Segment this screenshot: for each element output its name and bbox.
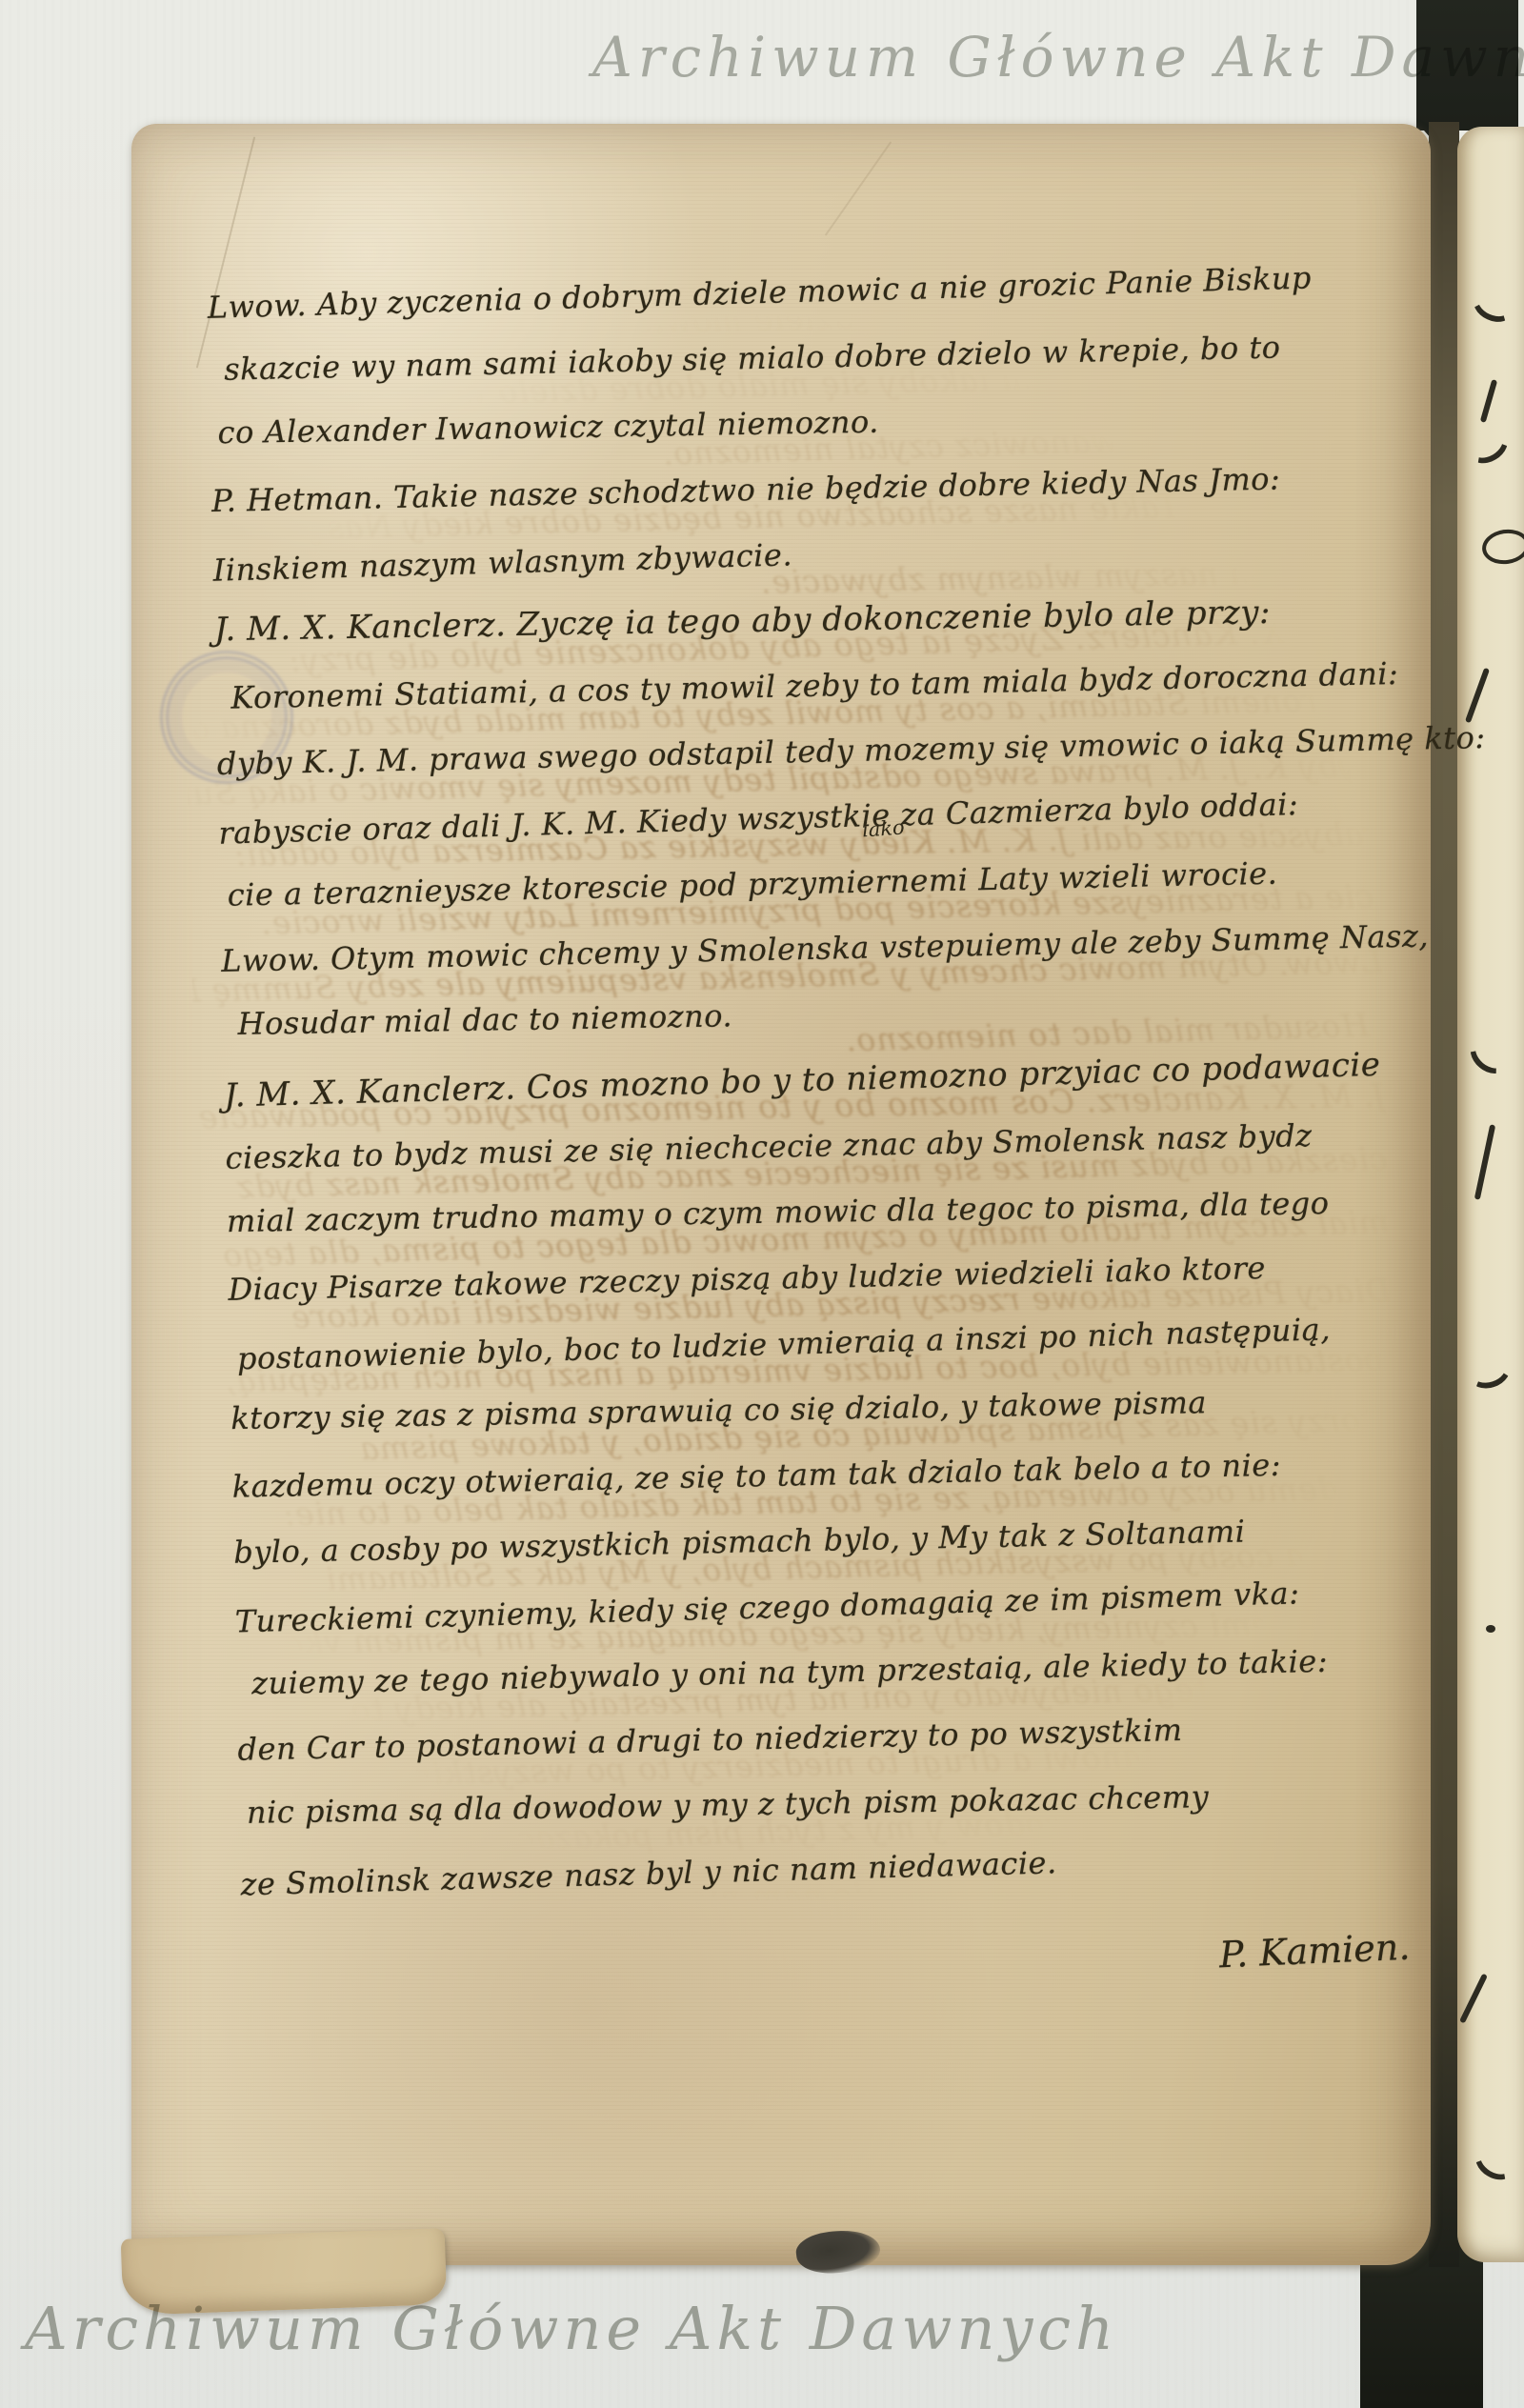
scribe-signature: P. Kamien. (1218, 1926, 1411, 1977)
book-gutter-shadow (1429, 122, 1459, 2267)
interlinear-note: iako (861, 815, 905, 841)
manuscript-text-block: Lwow. Aby zyczenia o dobrym dziele mowic… (207, 247, 1413, 1914)
archive-watermark-top: Archiwum Główne Akt Dawnych (592, 25, 1524, 90)
scanned-archive-document: { "archive_watermark": { "top_text": "Ar… (0, 0, 1524, 2408)
archive-watermark-bottom: Archiwum Główne Akt Dawnych (25, 2294, 1118, 2363)
facing-page-ink-fragment (1486, 1625, 1495, 1633)
